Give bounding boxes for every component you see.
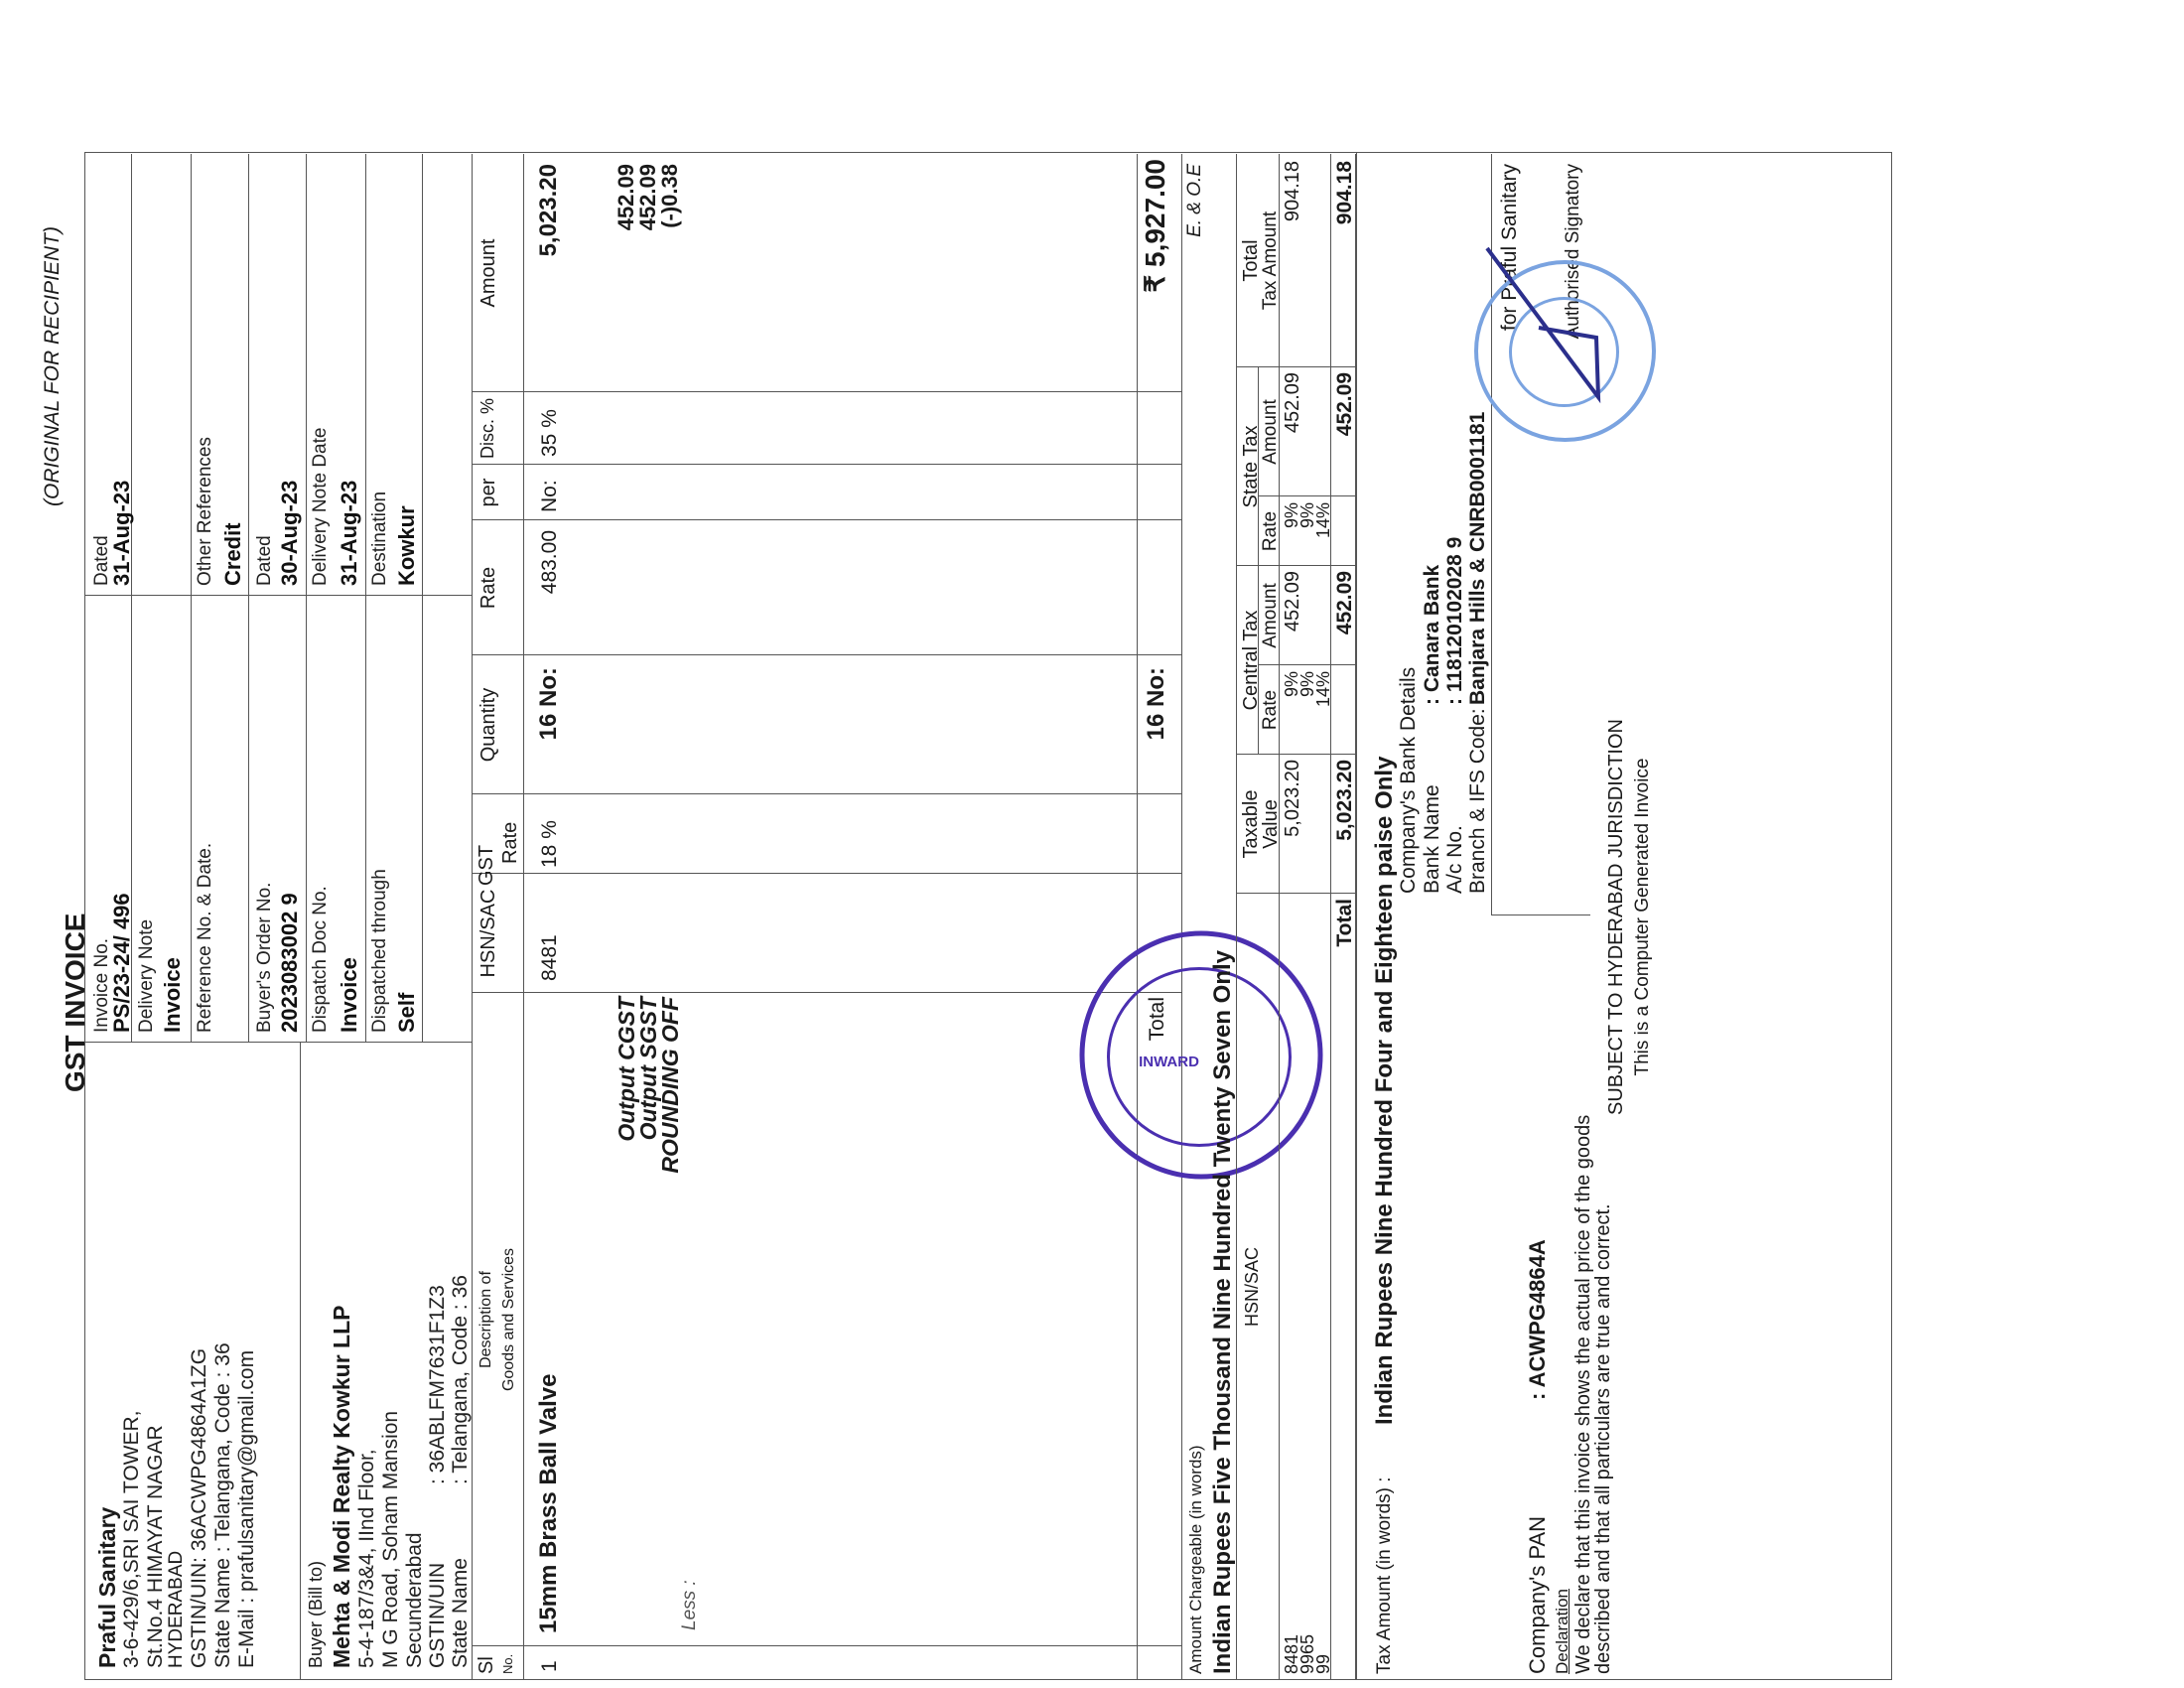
seller-name: Praful Sanitary [96,1507,119,1668]
reference-label: Reference No. & Date. [196,843,214,1033]
other-references-label: Other References [196,437,214,586]
col-hsn: HSN/SAC [478,874,498,993]
col-rate: Rate [478,520,498,655]
copy-label: (ORIGINAL FOR RECIPIENT) [42,226,63,506]
col-disc: Disc. % [478,392,496,465]
computer-generated-note: This is a Computer Generated Invoice [1633,154,1652,1680]
buyer-gstin-label: GSTIN/UIN [427,1563,448,1668]
dispatched-through-label: Dispatched through [370,869,389,1033]
jurisdiction-note: SUBJECT TO HYDERABAD JURISDICTION [1606,154,1626,1680]
charge-roundoff-amount: (-)0.38 [659,164,681,392]
tax-total-central: 452.09 [1334,571,1355,665]
seller-address-2: St.No.4 HIMAYAT NAGAR [145,1425,166,1668]
tax-total-amount: 904.18 [1283,161,1302,367]
tax-in-words: Indian Rupees Nine Hundred Four and Eigh… [1373,757,1397,1425]
tax-col-state: State Tax [1241,367,1261,566]
charge-sgst-amount: 452.09 [637,164,659,392]
seller-state: State Name : Telangana, Code : 36 [212,1342,233,1668]
bank-branch-label: Branch & IFS Code: [1467,708,1488,894]
delivery-note-label: Delivery Note [137,919,156,1033]
destination-label: Destination [370,492,389,586]
items-total-quantity: 16 No: [1145,667,1168,794]
tax-central-amount: 452.09 [1283,571,1302,665]
tax-col-taxable: Taxable [1241,755,1261,894]
tax-total-grand: 904.18 [1334,161,1355,367]
seller-gstin: GSTIN/UIN: 36ACWPG4864A1ZG [189,1348,209,1668]
col-sl-no: No. [501,1654,514,1674]
buyer-label: Buyer (Bill to) [307,1561,325,1668]
bank-ac-no: : 118120102028 9 [1444,537,1465,705]
seller-email: E-Mail : prafulsanitary@gmail.com [236,1350,257,1668]
delivery-note-date-label: Delivery Note Date [311,428,330,586]
tax-hsn-3: 99 [1314,1654,1332,1674]
pan-value: : ACWPG4864A [1527,1239,1549,1400]
bank-title: Company's Bank Details [1398,667,1419,894]
tax-state-rate-3: 14% [1314,502,1332,566]
tax-col-total: Total [1241,154,1261,367]
dispatch-doc-label: Dispatch Doc No. [311,886,330,1033]
delivery-note-date: 31-Aug-23 [339,481,360,586]
items-total-label: Total [1147,997,1167,1192]
buyers-order-label: Buyer's Order No. [255,883,274,1033]
tax-col-central-rate: Rate [1261,665,1280,755]
col-quantity: Quantity [478,655,498,794]
buyer-state-label: State Name [450,1558,471,1668]
tax-col-state-amount: Amount [1261,367,1280,496]
invoice-page: GST INVOICE (ORIGINAL FOR RECIPIENT) Pra… [0,0,2184,1688]
col-per: per [478,465,498,520]
tax-state-amount: 452.09 [1283,372,1302,496]
buyer-address-2: M G Road, Soham Mansion [380,1411,401,1668]
declaration-text-1: We declare that this invoice shows the a… [1573,1115,1593,1674]
bank-ac-label: A/c No. [1444,825,1465,894]
row-description: 15mm Brass Ball Valve [537,1373,561,1633]
buyer-address-1: 5-4-187/3&4, IInd Floor, [356,1449,377,1668]
buyer-state: : Telangana, Code : 36 [450,1275,471,1484]
row-quantity: 16 No: [537,667,561,794]
declaration-label: Declaration [1554,1589,1570,1674]
tax-col-hsn: HSN/SAC [1243,894,1261,1680]
grand-total: ₹ 5,927.00 [1142,159,1169,392]
tax-col-state-rate: Rate [1261,496,1280,566]
less-label: Less : [680,1580,699,1630]
buyer-address-3: Secunderabad [404,1532,425,1668]
charge-roundoff-label: ROUNDING OFF [659,997,682,1271]
dispatched-through: Self [396,993,418,1033]
col-description: Description of [478,993,494,1646]
tax-total-label: Total [1334,899,1355,1192]
dispatch-doc: Invoice [339,957,360,1033]
bank-name: : Canara Bank [1422,565,1442,705]
tax-col-taxable-2: Value [1261,755,1281,894]
col-gst-rate: Rate [500,822,520,864]
col-amount: Amount [478,154,498,392]
row-hsn: 8481 [539,934,560,981]
row-per: No: [539,480,560,512]
amount-words-label: Amount Chargeable (in words) [1187,1445,1204,1674]
tax-taxable-value: 5,023.20 [1283,760,1302,894]
tax-col-central-amount: Amount [1261,566,1280,665]
tax-words-label: Tax Amount (in words) : [1375,1477,1394,1674]
destination: Kowkur [396,505,418,586]
eoe-label: E. & O.E [1185,164,1204,397]
row-disc: 35 % [539,409,560,457]
pan-label: Company's PAN [1527,1516,1549,1674]
row-rate: 483.00 [539,530,560,655]
other-references: Credit [222,522,244,586]
signature-icon [1479,228,1618,457]
delivery-note: Invoice [162,957,184,1033]
order-dated: 30-Aug-23 [279,481,301,586]
tax-col-total-2: Tax Amount [1261,154,1280,367]
tax-col-central: Central Tax [1241,566,1261,755]
seller-address-3: HYDERABAD [167,1551,186,1668]
bank-name-label: Bank Name [1422,784,1442,894]
dated-value: 31-Aug-23 [111,481,133,586]
col-description-2: Goods and Services [501,993,517,1646]
invoice-no: PS/23-24/ 496 [111,893,133,1033]
order-dated-label: Dated [255,535,274,586]
buyers-order: 2023083002 9 [279,893,301,1033]
row-gst-rate: 18 % [539,820,560,868]
tax-total-state: 452.09 [1334,372,1355,496]
tax-central-rate-3: 14% [1314,671,1332,755]
tax-total-taxable: 5,023.20 [1334,760,1355,894]
col-gst: GST [477,845,496,886]
row-amount: 5,023.20 [537,164,561,392]
seller-address-1: 3-6-429/6,SRI SAI TOWER, [121,1411,142,1669]
buyer-gstin: : 36ABLFM7631F1Z3 [427,1285,448,1484]
charge-cgst-amount: 452.09 [615,164,637,392]
col-sl: Sl [477,1656,496,1674]
row-sl: 1 [539,1660,560,1672]
buyer-name: Mehta & Modi Realty Kowkur LLP [331,1306,353,1668]
amount-in-words: Indian Rupees Five Thousand Nine Hundred… [1211,950,1235,1674]
